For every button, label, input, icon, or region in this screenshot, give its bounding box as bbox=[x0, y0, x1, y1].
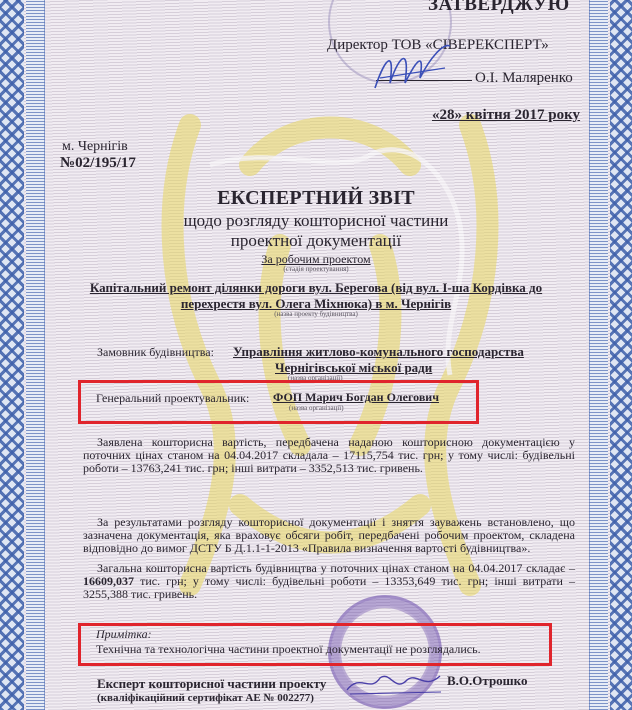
expert-signature bbox=[345, 668, 445, 698]
note-label: Примітка: bbox=[96, 627, 152, 642]
city: м. Чернігів bbox=[62, 139, 128, 155]
customer-name-line1: Управління житлово-комунального господар… bbox=[233, 344, 524, 360]
total-cost-intro: Загальна кошторисна вартість будівництва… bbox=[97, 561, 575, 575]
right-ornamental-border bbox=[610, 0, 632, 710]
director-name: О.І. Маляренко bbox=[475, 70, 573, 87]
general-designer-caption: (назва організації) bbox=[289, 404, 344, 412]
review-results-paragraph: За результатами розгляду кошторисної док… bbox=[83, 516, 575, 555]
general-designer-name: ФОП Марич Богдан Олегович bbox=[273, 390, 439, 405]
general-designer-label: Генеральний проектувальник: bbox=[96, 391, 249, 406]
report-title: ЕКСПЕРТНИЙ ЗВІТ bbox=[0, 187, 632, 210]
total-cost-breakdown: тис. грн; у тому числі: будівельні робот… bbox=[83, 574, 575, 601]
approval-title: ЗАТВЕРДЖУЮ bbox=[428, 0, 570, 16]
note-text: Технічна та технологічна частини проектн… bbox=[96, 642, 481, 657]
director-position: Директор ТОВ «СІВЕРЕКСПЕРТ» bbox=[327, 37, 549, 54]
approval-date: «28» квітня 2017 року bbox=[432, 107, 580, 124]
expert-name: В.О.Отрошко bbox=[447, 673, 527, 689]
project-name-line1: Капітальний ремонт ділянки дороги вул. Б… bbox=[0, 280, 632, 296]
document-number: №02/195/17 bbox=[60, 155, 136, 172]
declared-cost-paragraph: Заявлена кошторисна вартість, передбачен… bbox=[83, 436, 575, 475]
total-cost-paragraph: Загальна кошторисна вартість будівництва… bbox=[83, 562, 575, 601]
expert-report-document: ЗАТВЕРДЖУЮ Директор ТОВ «СІВЕРЕКСПЕРТ» О… bbox=[0, 0, 632, 710]
total-cost-value: 16609,037 bbox=[83, 574, 134, 588]
report-subtitle-line1: щодо розгляду кошторисної частини bbox=[0, 211, 632, 231]
left-ornamental-border bbox=[0, 0, 24, 710]
report-subtitle-line2: проектної документації bbox=[0, 231, 632, 251]
expert-title: Експерт кошторисної частини проекту bbox=[97, 676, 326, 692]
expert-certificate: (кваліфікаційний сертифікат АЕ № 002277) bbox=[97, 692, 314, 704]
design-stage-caption: (стадія проектування) bbox=[0, 265, 632, 273]
left-inner-border bbox=[26, 0, 45, 710]
director-signature-line bbox=[376, 80, 472, 81]
project-name-caption: (назва проекту будівництва) bbox=[0, 310, 632, 318]
customer-label: Замовник будівництва: bbox=[97, 345, 214, 360]
right-inner-border bbox=[589, 0, 608, 710]
